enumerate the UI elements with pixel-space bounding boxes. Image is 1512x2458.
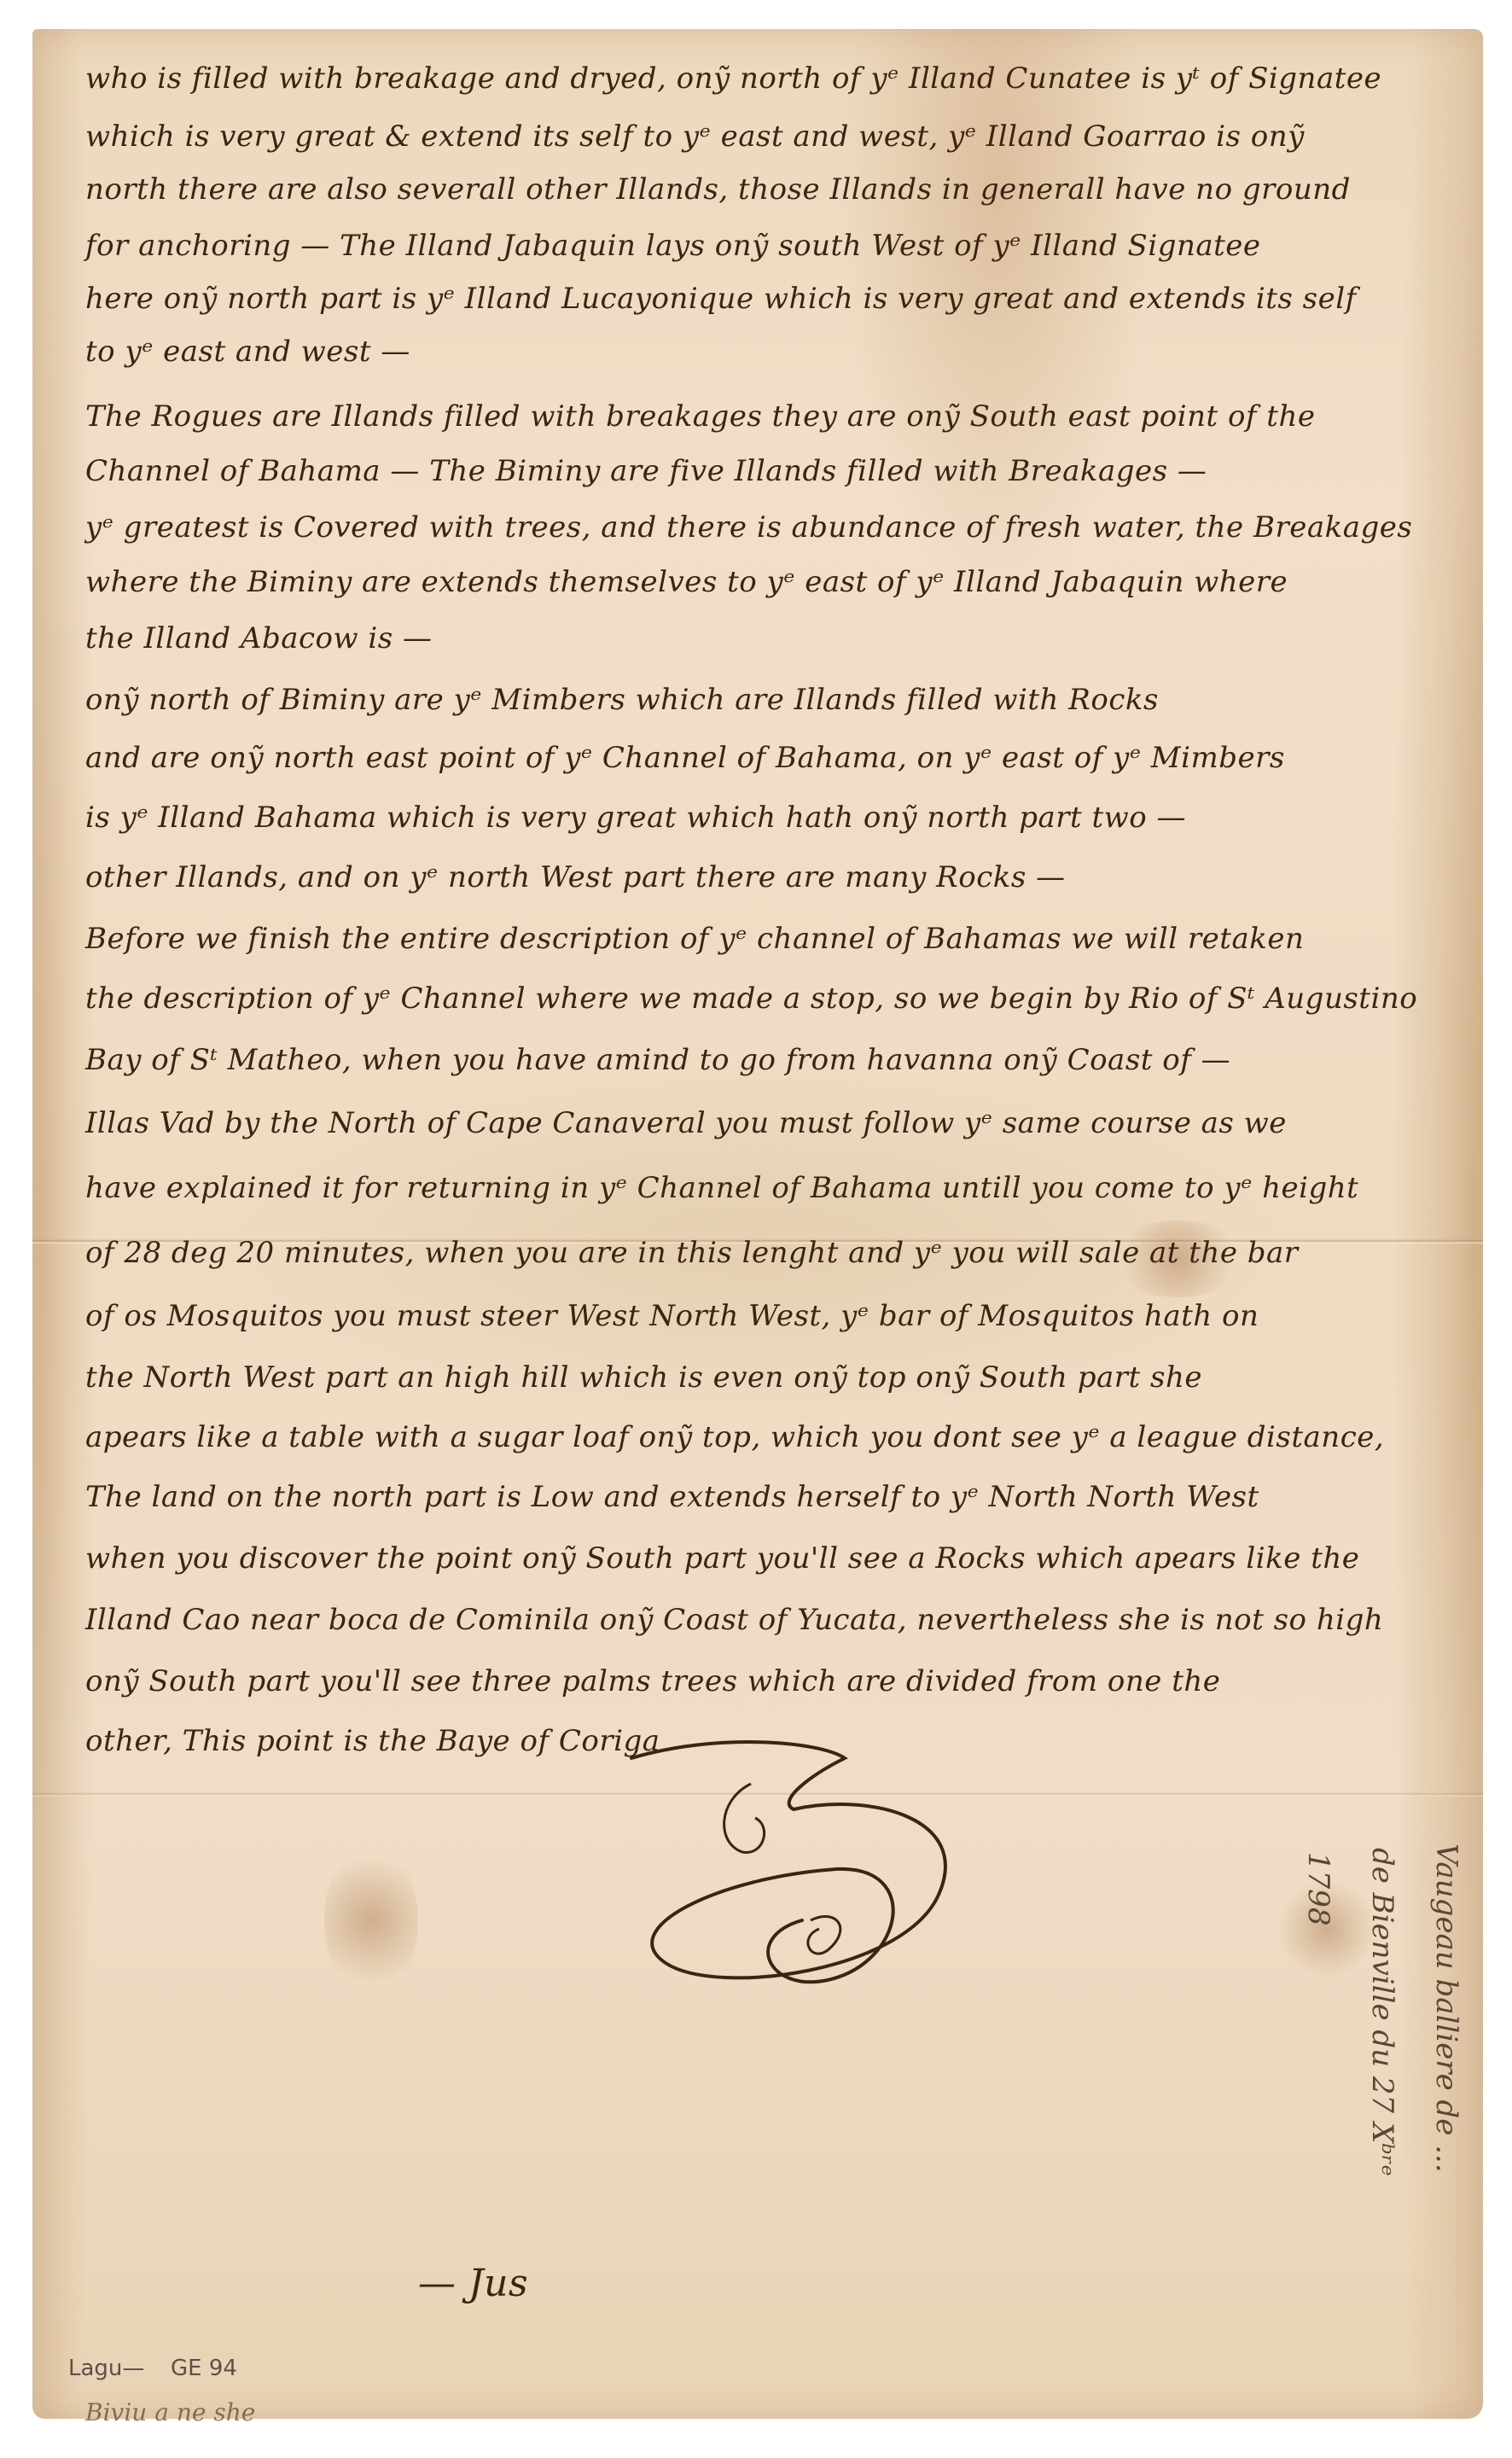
margin-note-line: de Bienville du 27 Xᵇʳᵉ [1365, 1848, 1399, 2176]
bottom-fragment: — Jus [418, 2262, 528, 2305]
text-line: Bay of Sᵗ Matheo, when you have amind to… [85, 1043, 1230, 1077]
ink-blot [324, 1843, 418, 1997]
text-line: Illas Vad by the North of Cape Canaveral… [85, 1106, 1287, 1140]
text-line: of os Mosquitos you must steer West Nort… [85, 1299, 1259, 1333]
catalog-mark: GE 94 [171, 2356, 237, 2381]
margin-note-line: 1798 [1301, 1852, 1335, 1926]
text-line: north there are also severall other Illa… [85, 172, 1351, 207]
text-line: to yᵉ east and west — [85, 335, 410, 369]
bottom-faint-text: Biviu a ne she [85, 2398, 255, 2426]
text-line: Channel of Bahama — The Biminy are five … [85, 454, 1207, 488]
text-line: other, This point is the Baye of Coriga [85, 1724, 660, 1758]
manuscript-page [32, 29, 1483, 2419]
text-line: Illand Cao near boca de Cominila onỹ Co… [85, 1603, 1383, 1637]
text-line: have explained it for returning in yᵉ Ch… [85, 1171, 1358, 1205]
text-line: onỹ South part you'll see three palms t… [85, 1664, 1220, 1698]
signature-flourish-icon [614, 1724, 1092, 2006]
text-line: The Rogues are Illands filled with break… [85, 399, 1316, 434]
text-line: for anchoring — The Illand Jabaquin lays… [85, 229, 1261, 263]
margin-note-line: Vaugeau balliere de ... [1429, 1843, 1463, 2173]
text-line: is yᵉ Illand Bahama which is very great … [85, 801, 1186, 835]
text-line: of 28 deg 20 minutes, when you are in th… [85, 1236, 1299, 1270]
text-line: onỹ north of Biminy are yᵉ Mimbers whic… [85, 683, 1159, 717]
text-line: the description of yᵉ Channel where we m… [85, 981, 1417, 1016]
text-line: where the Biminy are extends themselves … [85, 565, 1288, 599]
text-line: here onỹ north part is yᵉ Illand Lucayo… [85, 282, 1357, 316]
text-line: when you discover the point onỹ South p… [85, 1541, 1359, 1576]
text-line: yᵉ greatest is Covered with trees, and t… [85, 510, 1412, 545]
text-line: the Illand Abacow is — [85, 621, 433, 655]
text-line: who is filled with breakage and dryed, o… [85, 61, 1381, 96]
text-line: which is very great & extend its self to… [85, 119, 1305, 154]
text-line: and are onỹ north east point of yᵉ Chan… [85, 741, 1285, 775]
text-line: apears like a table with a sugar loaf on… [85, 1420, 1384, 1454]
text-line: Before we finish the entire description … [85, 922, 1304, 956]
catalog-prefix: Lagu— [68, 2356, 144, 2381]
text-line: the North West part an high hill which i… [85, 1360, 1202, 1395]
text-line: other Illands, and on yᵉ north West part… [85, 860, 1066, 894]
text-line: The land on the north part is Low and ex… [85, 1480, 1259, 1514]
